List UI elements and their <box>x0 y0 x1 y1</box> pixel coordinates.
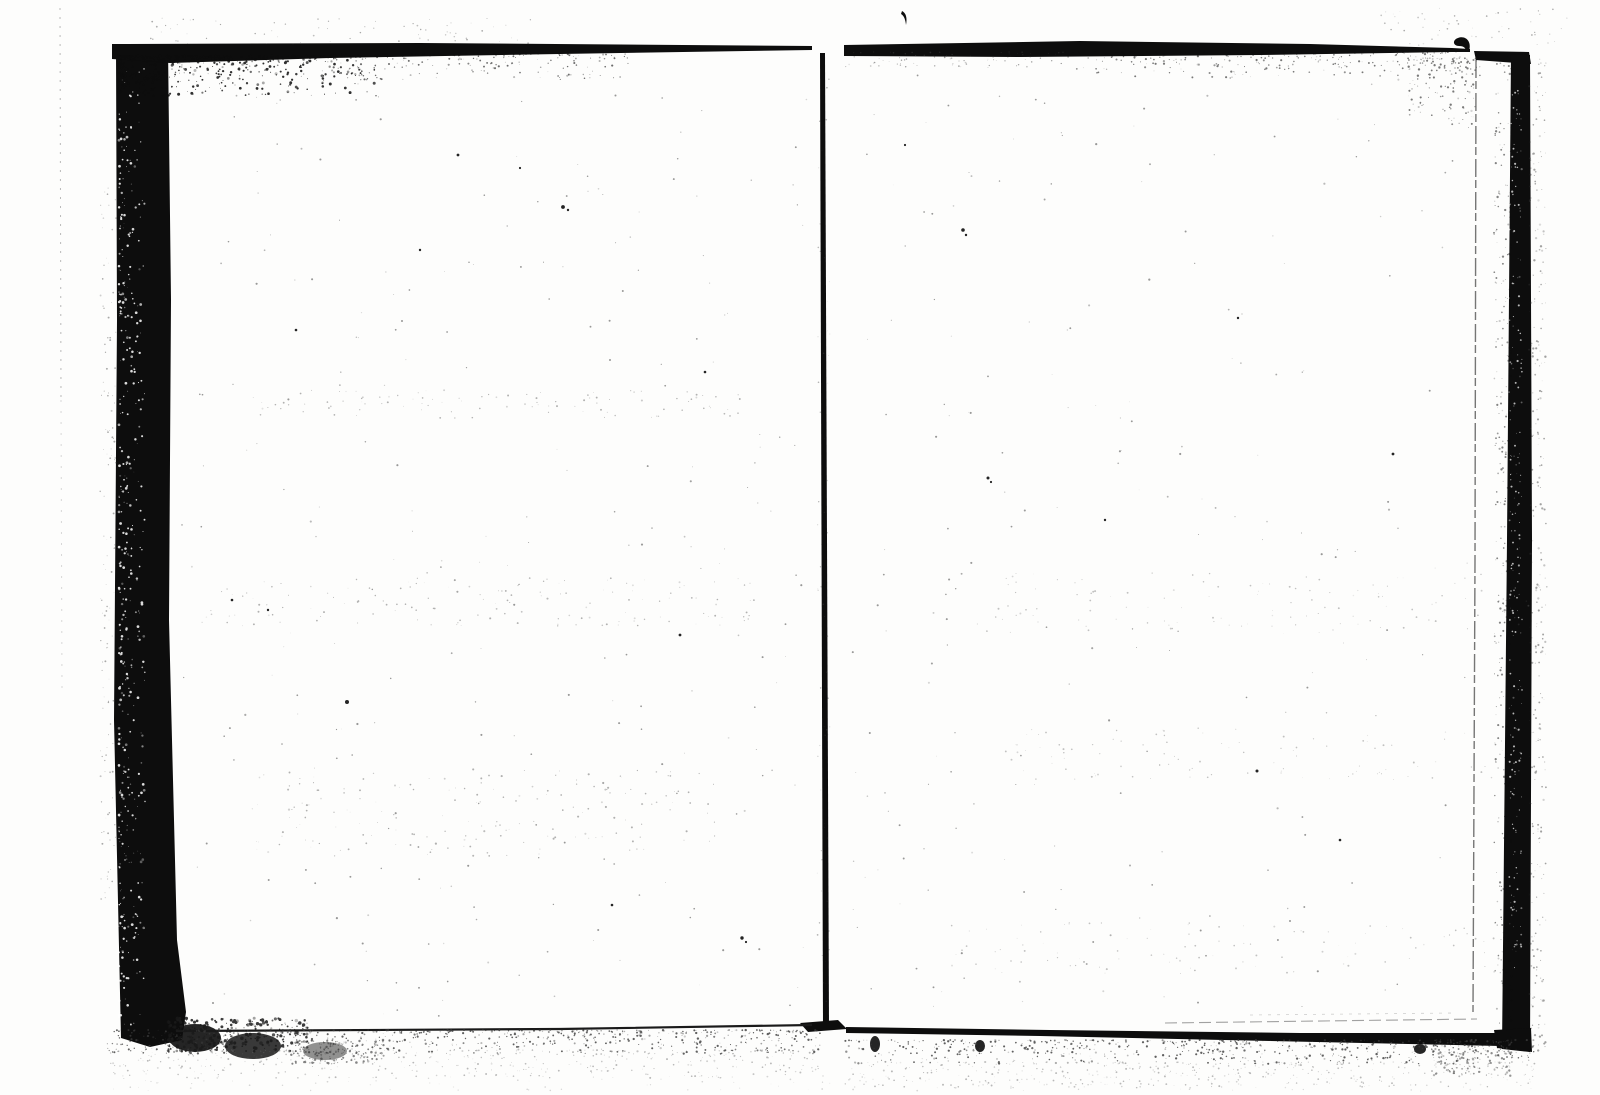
bottom-edge-drip <box>975 1040 985 1052</box>
scanned-book-spread <box>0 0 1600 1095</box>
bottom-edge-drip <box>1414 1044 1426 1054</box>
book-scan-image <box>0 0 1600 1095</box>
paper-background <box>0 0 1600 1095</box>
binding-foot-blob <box>303 1042 347 1060</box>
